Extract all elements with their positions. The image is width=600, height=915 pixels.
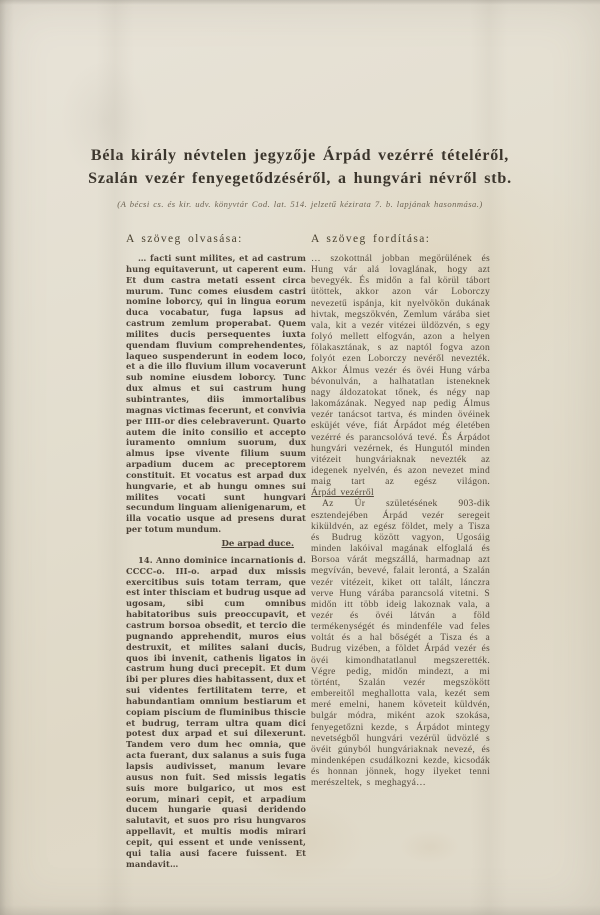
latin-paragraph-1-text: … facti sunt milites, et ad castrum hung… — [126, 253, 306, 535]
hungarian-paragraph-2: Az Úr születésének 903-dik esztendejében… — [311, 498, 490, 788]
hungarian-column-header: A szöveg fordítása: — [311, 233, 490, 245]
hungarian-chapter-heading: Árpád vezérről — [311, 487, 374, 498]
hungarian-paragraph-1: … szokottnál jobban megörülének és Hung … — [311, 253, 490, 498]
latin-chapter-heading: De arpad duce. — [126, 538, 306, 551]
page-title-line-2: Szalán vezér fenyegetődzéséről, a hungvá… — [0, 167, 600, 190]
latin-reading-column: A szöveg olvasása: … facti sunt milites,… — [126, 233, 306, 869]
hungarian-paragraph-1-text: … szokottnál jobban megörülének és Hung … — [311, 253, 490, 487]
latin-paragraph-2: 14. Anno dominice incarnationis d. CCCC-… — [126, 555, 306, 869]
page-subtitle: (A bécsi cs. és kir. udv. könyvtár Cod. … — [0, 199, 600, 209]
paper-stain — [400, 830, 460, 864]
hungarian-paragraph-1-wrap: … szokottnál jobban megörülének és Hung … — [311, 253, 490, 498]
latin-column-header: A szöveg olvasása: — [126, 233, 306, 245]
hungarian-paragraph-2-text: Az Úr születésének 903-dik esztendejében… — [311, 498, 490, 788]
hungarian-translation-column: A szöveg fordítása: … szokottnál jobban … — [311, 233, 490, 789]
page-title: Béla király névtelen jegyzője Árpád vezé… — [0, 144, 600, 190]
scanned-facsimile-page: { "page": { "title_line1": "Béla király … — [0, 0, 600, 915]
latin-chapter-heading-text: De arpad duce. — [221, 539, 294, 549]
latin-paragraph-2-text: 14. Anno dominice incarnationis d. CCCC-… — [126, 555, 306, 869]
latin-paragraph-1: … facti sunt milites, et ad castrum hung… — [126, 253, 306, 535]
page-title-line-1: Béla király névtelen jegyzője Árpád vezé… — [0, 144, 600, 167]
